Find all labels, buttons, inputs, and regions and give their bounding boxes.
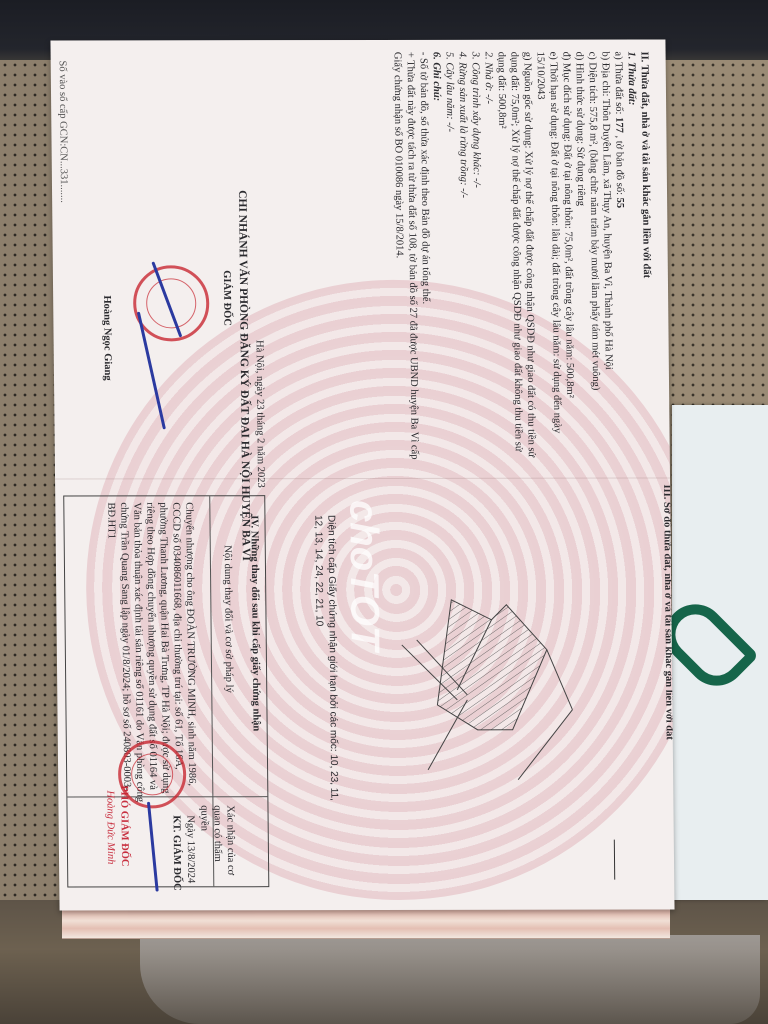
- map-sheet-value: 55: [614, 198, 625, 209]
- section-iv-title: IV. Những thay đổi sau khi cấp giấy chứn…: [247, 515, 262, 731]
- usage-term: e) Thời hạn sử dụng: Đất ở tại nông thôn…: [534, 52, 564, 472]
- col-confirm-header: Xác nhận của cơ quan có thẩm quyền: [197, 805, 237, 875]
- pamphlet-line: - Ma: [672, 550, 768, 561]
- pamphlet-line: - Văn b: [672, 572, 768, 583]
- confirm-signer: Hoàng Đức Minh: [103, 790, 117, 864]
- plot-diagram: [396, 590, 578, 790]
- note-item: + Thửa đất này được tách ra từ thửa đất …: [391, 52, 422, 482]
- confirm-title: KT. GIÁM ĐỐC: [170, 815, 184, 890]
- red-seal-icon: [133, 265, 210, 341]
- section-ii: II. Thửa đất, nhà ở và tài sản khác gắn …: [391, 51, 655, 471]
- pamphlet-line: - Đi ch: [672, 561, 768, 572]
- book-number: Số vào sổ cấp GCN:CN...331.......: [56, 60, 70, 202]
- pamphlet-text: - Các t - Dịch - Văn b - Đi ch - Ma: [672, 525, 768, 605]
- director-title: GIÁM ĐỐC: [220, 270, 234, 326]
- confirm-date: Ngày 13/8/2024: [184, 815, 198, 883]
- plot-number-value: 177: [613, 117, 624, 133]
- red-seal-icon: [118, 740, 187, 808]
- area-bounds: Diện tích cấp Giấy chứng nhận giới hạn b…: [311, 515, 340, 805]
- plot-number-label: a) Thửa đất số:: [613, 52, 625, 115]
- land-certificate: II. Thửa đất, nhà ở và tài sản khác gắn …: [50, 39, 674, 910]
- pamphlet-line: - Các t: [672, 594, 768, 605]
- pamphlet-line: - Dịch: [672, 583, 768, 594]
- signer-name: Hoàng Ngọc Giang: [100, 295, 114, 380]
- col-content-header: Nội dung thay đổi và cơ sở pháp lý: [221, 545, 236, 693]
- chotot-watermark: choTOT: [340, 500, 387, 650]
- issue-date: Hà Nội, ngày 23 tháng 2 năm 2023: [253, 340, 268, 488]
- usage-origin: g) Nguồn gốc sử dụng: Xử lý nợ thế chấp …: [495, 52, 538, 472]
- plastic-sleeve: [140, 935, 760, 1024]
- north-arrow-icon: [614, 840, 615, 880]
- map-sheet-label: , tờ bản đồ số:: [613, 135, 625, 195]
